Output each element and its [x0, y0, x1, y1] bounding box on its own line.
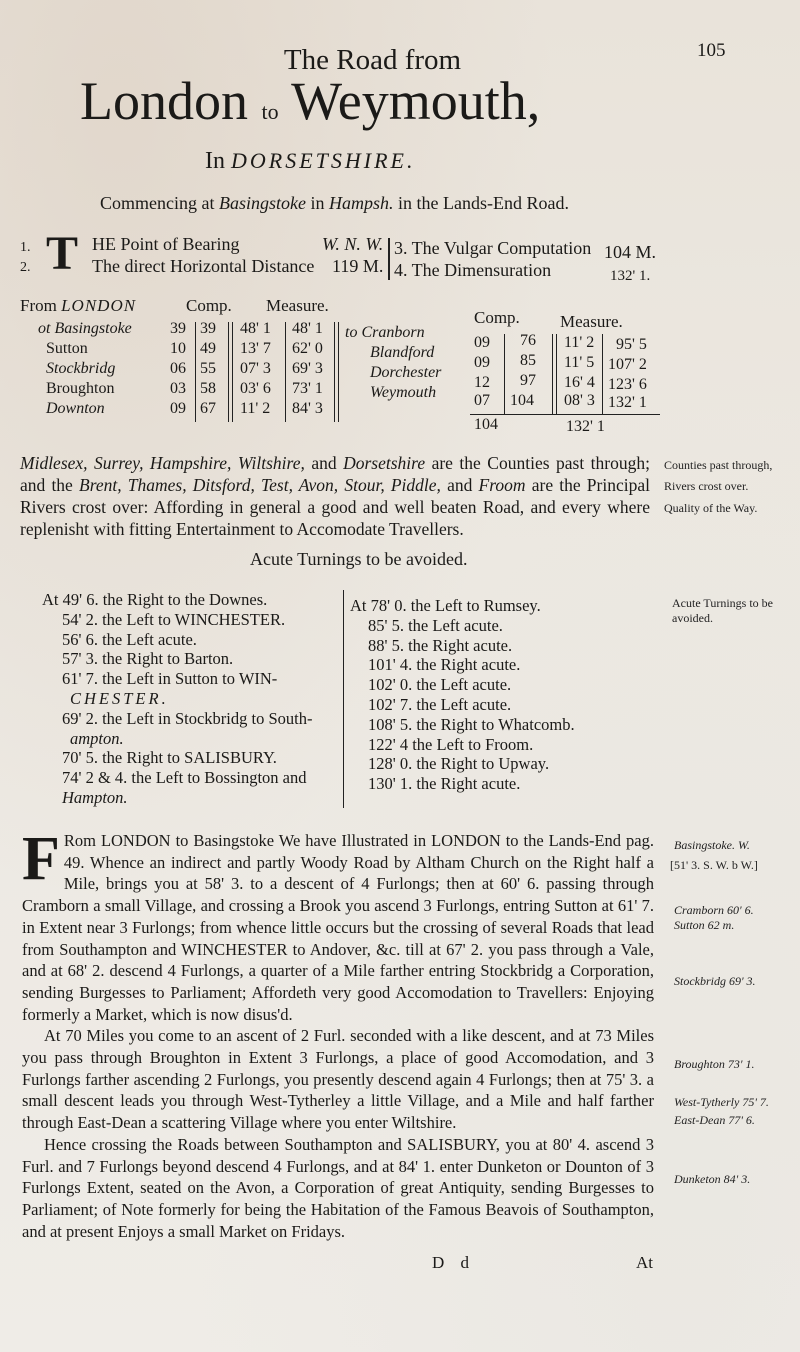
column-divider	[343, 590, 344, 808]
margin-note-counties: Counties past through,	[664, 458, 772, 473]
comp-total: 97	[520, 372, 536, 390]
comp-header-2: Comp.	[474, 308, 520, 328]
measure-value: 16' 4	[564, 374, 595, 392]
title-county-line: In DORSETSHIRE.	[205, 148, 415, 175]
margin-note-cramborn: Cramborn 60' 6.	[674, 903, 754, 918]
margin-note-stockbridg: Stockbridg 69' 3.	[674, 974, 756, 989]
dimensuration-label: 4. The Dimensuration	[394, 260, 551, 281]
column-rule	[602, 334, 603, 414]
turning-item: 69' 2. the Left in Stockbridg to South-	[42, 709, 312, 729]
turning-item: 54' 2. the Left to WINCHESTER.	[42, 610, 312, 630]
comp-total: 55	[200, 360, 216, 378]
margin-note-acute: Acute Turnings to be avoided.	[672, 596, 792, 626]
measure-value: 11' 5	[564, 354, 594, 372]
comp-value: 39	[170, 320, 186, 338]
column-rule	[334, 322, 335, 422]
comp-value: 09	[170, 400, 186, 418]
measure-total: 73' 1	[292, 380, 323, 398]
narrative-paragraph-3: Hence crossing the Roads between Southam…	[22, 1134, 654, 1243]
bearing-value: W. N. W.	[322, 234, 383, 255]
turning-item: 61' 7. the Left in Sutton to WIN-	[42, 669, 312, 689]
comp-total: 49	[200, 340, 216, 358]
column-rule	[338, 322, 339, 422]
place-name: Stockbridg	[46, 360, 115, 378]
counties-paragraph: Midlesex, Surrey, Hampshire, Wiltshire, …	[20, 452, 650, 540]
comp-total: 76	[520, 332, 536, 350]
measure-header: Measure.	[266, 296, 329, 316]
column-rule	[228, 322, 229, 422]
place-name: Broughton	[46, 380, 114, 398]
turning-item: 85' 5. the Left acute.	[350, 616, 575, 636]
title-county: DORSETSHIRE.	[231, 148, 415, 173]
subtitle: Commencing at Basingstoke in Hampsh. in …	[100, 193, 569, 214]
bearing-label: HE Point of Bearing	[92, 234, 239, 255]
turning-item: 130' 1. the Right acute.	[350, 774, 575, 794]
comp-value: 03	[170, 380, 186, 398]
total-measure: 132' 1	[566, 418, 605, 436]
vulgar-value: 104 M.	[604, 242, 656, 263]
place-name: Blandford	[370, 344, 434, 362]
comp-total: 39	[200, 320, 216, 338]
margin-note-sutton: Sutton 62 m.	[674, 918, 734, 933]
bearing-block: 1. 2. T HE Point of Bearing W. N. W. The…	[20, 232, 660, 290]
place-name: ot Basingstoke	[38, 320, 132, 338]
route-narrative: FRom LONDON to Basingstoke We have Illus…	[22, 830, 654, 1242]
measure-value: 07' 3	[240, 360, 271, 378]
measure-value: 13' 7	[240, 340, 271, 358]
comp-value: 12	[474, 374, 490, 392]
measure-value: 48' 1	[240, 320, 271, 338]
page-title: London to Weymouth,	[80, 72, 540, 131]
distance-value: 119 M.	[332, 256, 383, 277]
turnings-title: Acute Turnings to be avoided.	[250, 549, 468, 570]
distance-label: The direct Horizontal Distance	[92, 256, 314, 277]
turning-item: 101' 4. the Right acute.	[350, 655, 575, 675]
margin-note-broughton: Broughton 73' 1.	[674, 1057, 754, 1072]
item-number: 2.	[20, 260, 31, 276]
turning-item: 57' 3. the Right to Barton.	[42, 649, 312, 669]
place-name: to Cranborn	[345, 324, 425, 342]
turning-item: 70' 5. the Right to SALISBURY.	[42, 748, 312, 768]
turning-item: 56' 6. the Left acute.	[42, 630, 312, 650]
place-name: Weymouth	[370, 384, 436, 402]
narrative-paragraph-1: FRom LONDON to Basingstoke We have Illus…	[22, 830, 654, 1025]
turning-item: At 49' 6. the Right to the Downes.	[42, 590, 312, 610]
dimensuration-value: 132' 1.	[610, 268, 650, 285]
turning-item: 108' 5. the Right to Whatcomb.	[350, 715, 575, 735]
comp-total: 104	[510, 392, 534, 410]
margin-note-quality: Quality of the Way.	[664, 501, 757, 516]
item-number: 1.	[20, 240, 31, 256]
column-rule	[504, 334, 505, 414]
title-in-word: In	[205, 148, 225, 174]
turning-item: 122' 4 the Left to Froom.	[350, 735, 575, 755]
comp-total: 58	[200, 380, 216, 398]
turning-item: At 78' 0. the Left to Rumsey.	[350, 596, 575, 616]
measure-header-2: Measure.	[560, 312, 623, 332]
measure-value: 03' 6	[240, 380, 271, 398]
subtitle-text: in the Lands-End Road.	[398, 193, 569, 213]
drop-cap: T	[46, 230, 78, 278]
subtitle-county: Hampsh.	[329, 193, 394, 213]
column-rule	[285, 322, 286, 422]
column-rule	[556, 334, 557, 414]
measure-total: 132' 1	[608, 394, 647, 412]
turning-item: 128' 0. the Right to Upway.	[350, 754, 575, 774]
from-label: From LONDON	[20, 296, 136, 316]
drop-cap: F	[22, 834, 60, 884]
margin-note-west-tytherly: West-Tytherly 75' 7.	[674, 1095, 769, 1110]
measure-value: 08' 3	[564, 392, 595, 410]
measure-total: 123' 6	[608, 376, 647, 394]
turning-item: CHESTER.	[42, 689, 312, 709]
place-name: Dorchester	[370, 364, 441, 382]
divider	[388, 238, 390, 280]
margin-note-basingstoke-bearing: [51' 3. S. W. b W.]	[670, 858, 758, 873]
turning-item: Hampton.	[42, 788, 312, 808]
column-rule	[232, 322, 233, 422]
margin-note-east-dean: East-Dean 77' 6.	[674, 1113, 755, 1128]
margin-note-rivers: Rivers crost over.	[664, 479, 748, 494]
turnings-left-column: At 49' 6. the Right to the Downes. 54' 2…	[42, 590, 312, 808]
measure-total: 62' 0	[292, 340, 323, 358]
measure-total: 84' 3	[292, 400, 323, 418]
measure-value: 11' 2	[240, 400, 270, 418]
comp-value: 09	[474, 334, 490, 352]
comp-value: 07	[474, 392, 490, 410]
title-origin: London	[80, 71, 248, 131]
turning-item: 74' 2 & 4. the Left to Bossington and	[42, 768, 312, 788]
catchword: At	[636, 1253, 653, 1273]
measure-total: 95' 5	[616, 336, 647, 354]
measure-total: 69' 3	[292, 360, 323, 378]
measure-total: 48' 1	[292, 320, 323, 338]
place-name: Sutton	[46, 340, 88, 358]
comp-total: 85	[520, 352, 536, 370]
narrative-paragraph-2: At 70 Miles you come to an ascent of 2 F…	[22, 1025, 654, 1134]
column-rule	[195, 322, 196, 422]
comp-value: 10	[170, 340, 186, 358]
margin-note-basingstoke: Basingstoke. W.	[674, 838, 750, 853]
turning-item: 102' 0. the Left acute.	[350, 675, 575, 695]
vulgar-label: 3. The Vulgar Computation	[394, 238, 591, 259]
distance-table: From LONDON Comp. Measure. Comp. Measure…	[20, 296, 660, 436]
turning-item: ampton.	[42, 729, 312, 749]
column-rule	[552, 334, 553, 414]
measure-value: 11' 2	[564, 334, 594, 352]
comp-total: 67	[200, 400, 216, 418]
signature-mark: D d	[432, 1253, 475, 1273]
total-rule	[470, 414, 660, 415]
title-to-word: to	[262, 99, 279, 124]
title-destination: Weymouth,	[291, 71, 540, 131]
subtitle-text: in	[310, 193, 324, 213]
margin-note-dunketon: Dunketon 84' 3.	[674, 1172, 750, 1187]
comp-value: 09	[474, 354, 490, 372]
total-comp: 104	[474, 416, 498, 434]
place-name: Downton	[46, 400, 105, 418]
comp-header: Comp.	[186, 296, 232, 316]
comp-value: 06	[170, 360, 186, 378]
subtitle-text: Commencing at	[100, 193, 214, 213]
measure-total: 107' 2	[608, 356, 647, 374]
subtitle-place: Basingstoke	[219, 193, 306, 213]
turning-item: 88' 5. the Right acute.	[350, 636, 575, 656]
turning-item: 102' 7. the Left acute.	[350, 695, 575, 715]
turnings-right-column: At 78' 0. the Left to Rumsey. 85' 5. the…	[350, 596, 575, 794]
